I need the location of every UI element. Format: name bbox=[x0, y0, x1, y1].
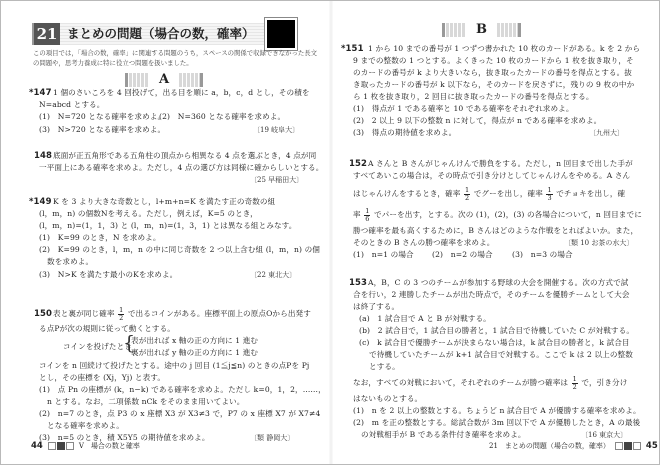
problem-number: *147 bbox=[29, 88, 52, 98]
section-pattern-icon bbox=[125, 73, 149, 87]
section-letter: B bbox=[476, 22, 487, 37]
rule-2: 裏が出れば y 軸の正の方向に 1 進む bbox=[131, 347, 258, 358]
problem-text: 率 16 でパーを出す，とする。次の (1)，(2)，(3) の各場合について，… bbox=[353, 206, 642, 223]
section-pattern-icon bbox=[497, 23, 521, 37]
subquestion-3: (3) N>720 となる確率を求めよ。 bbox=[39, 124, 165, 135]
chapter-title: まとめの問題（場合の数，確率） bbox=[67, 25, 255, 43]
text-fragment: はじゃんけんをするとき，確率 bbox=[353, 189, 460, 198]
problem-text: 勝つ確率を最も高くするために，B さんはどのような作戦をとればよいか。また， bbox=[353, 225, 638, 236]
problem-text: なお，すべての対戦において，それぞれのチームが勝つ確率は 12 で，引き分け bbox=[353, 374, 627, 391]
problem-text: K を 3 より大きな奇数とし，l+m+n=K を満たす正の奇数の組 bbox=[53, 196, 275, 207]
subquestion-2-cont: 数を求めよ。 bbox=[47, 256, 93, 267]
page-mark-icon bbox=[48, 442, 74, 450]
problem-text: 一平面上にある確率を求めよ。ただし，4 点の選び方は同様に確からしいとする。 bbox=[39, 162, 323, 173]
problem-text: はないものとする。 bbox=[353, 393, 422, 404]
subquestion-1: (1) K=99 のとき，N を求めよ。 bbox=[39, 232, 161, 243]
rule-c: (c) k 試合目で優勝チームが決まらない場合は，k 試合目の勝者と，k 試合目 bbox=[359, 337, 630, 348]
fraction-denominator: 2 bbox=[464, 195, 470, 202]
fraction: 13 bbox=[546, 187, 552, 202]
left-footer: 44 V 場合の数と確率 bbox=[31, 441, 140, 451]
text-fragment: でチョキを出し，確 bbox=[556, 189, 625, 198]
subquestion-1: (1) 点 Pn の座標が (k，n−k) である確率を求めよ。ただし k=0，… bbox=[39, 384, 326, 395]
subquestion-1: (1) n を 2 以上の整数とする。ちょうど n 試合目で A が優勝する確率… bbox=[353, 405, 641, 416]
problem-text: A，B，C の 3 つのチームが参加する野球の大会を開催する。次の方式で試 bbox=[368, 277, 628, 288]
problem-source: 〔22 東北大〕 bbox=[250, 270, 296, 280]
subquestion-2: (2) n=2 の場合 bbox=[432, 249, 493, 260]
text-fragment: で，引き分け bbox=[581, 378, 627, 387]
subquestion-1: (1) 得点が 1 である確率と 10 である確率をそれぞれ求めよ。 bbox=[353, 103, 574, 114]
subquestion-2: (2) n=7 のとき，点 P3 の x 座標 X3 が X3≠3 で，P7 の… bbox=[39, 408, 320, 419]
problem-source: 〔25 早稲田大〕 bbox=[250, 175, 303, 185]
problem-source: 〔類 10 お茶の水大〕 bbox=[564, 238, 633, 248]
problem-number: *149 bbox=[29, 197, 52, 207]
section-letter: A bbox=[159, 72, 169, 87]
rule-c-cont: で待機していたチームが k+1 試合目で対戦する。ここで k は 2 以上の整数 bbox=[369, 349, 633, 360]
problem-text: ら 1 枚を抜き取り，2 回目に抜き取ったカードの番号を得点とする。 bbox=[353, 91, 594, 102]
text-fragment: でグーを出し，確率 bbox=[474, 189, 543, 198]
subquestion-2-cont: の対戦相手が B である条件付き確率を求めよ。 bbox=[361, 429, 526, 440]
intro-line-2: の問題や，思考力養成に特に役立つ問題を扱いました。 bbox=[33, 58, 193, 68]
problem-number: 148 bbox=[34, 151, 52, 161]
subquestion-1-cont: n とする。なお，二項係数 nCk をそのまま用いてよい。 bbox=[47, 396, 244, 407]
rule-label: コインを投げたとき bbox=[63, 341, 132, 352]
problem-number: 150 bbox=[34, 309, 52, 319]
fraction: 12 bbox=[464, 187, 470, 202]
problem-text: N=abcd とする。 bbox=[39, 99, 104, 110]
problem-source: 〔九州大〕 bbox=[589, 128, 624, 138]
subquestion-2: (2) 2 以上 9 以下の整数 n に対して，得点が n である確率を求めよ。 bbox=[353, 115, 601, 126]
problem-text: 9 までの整数の 1 つとする。よくきった 10 枚のカードから 1 枚を抜き取… bbox=[353, 55, 634, 66]
subquestion-2: (2) K=99 のとき，l，m，n の中に同じ奇数を 2 つ以上含む組 (l，… bbox=[39, 244, 320, 255]
rule-b: (b) 2 試合目で，1 試合目の勝者と，1 試合目で待機していた C が対戦す… bbox=[359, 325, 634, 336]
text-fragment: 率 bbox=[353, 210, 361, 219]
section-heading-a: A bbox=[125, 72, 203, 87]
problem-text: 底面が正五角形である五角柱の頂点から相異なる 4 点を選ぶとき，4 点が同 bbox=[53, 150, 316, 161]
problem-source: 〔16 東京大〕 bbox=[581, 430, 627, 440]
problem-text: る点Pが次の規則に従って動くとする。 bbox=[39, 323, 175, 334]
fraction: 16 bbox=[364, 208, 370, 223]
problem-text: コインを n 回続けて投げたとする。途中の j 回目 (1≦j≦n) のときの点… bbox=[39, 360, 309, 371]
section-pattern-icon bbox=[179, 73, 203, 87]
problem-text: 1 から 10 までの番号が 1 つずつ書かれた 10 枚のカードがある。k を… bbox=[368, 43, 640, 54]
text-fragment: なお，すべての対戦において，それぞれのチームが勝つ確率は bbox=[353, 378, 568, 387]
subquestion-3: (3) n=3 の場合 bbox=[512, 249, 573, 260]
fraction-denominator: 2 bbox=[118, 315, 124, 322]
subquestion-1: (1) N=720 となる確率を求めよ。 bbox=[39, 111, 165, 122]
left-page: 21 まとめの問題（場合の数，確率） この項目では，「場合の数，確率」に関連する… bbox=[1, 1, 331, 464]
fraction-denominator: 2 bbox=[572, 384, 578, 391]
running-head: V 場合の数と確率 bbox=[79, 441, 140, 451]
text-fragment: でパーを出す，とする。次の (1)，(2)，(3) の各場合について，n 回目ま… bbox=[374, 210, 642, 219]
problem-text: 1 個のさいころを 4 回投げて，出る目を順に a，b，c，d とし，その積を bbox=[53, 87, 310, 98]
rule-a: (a) 1 試合目で A と B が対戦する。 bbox=[359, 313, 491, 324]
subquestion-2: (2) N=360 となる確率を求めよ。 bbox=[159, 111, 285, 122]
problem-text: 合を行い，2 連勝したチームが出た時点で，そのチームを優勝チームとして大会 bbox=[353, 289, 630, 300]
problem-text: とし，その座標を (Xj，Yj) と表す。 bbox=[39, 372, 165, 383]
problem-text: のカードの番号が k より大きいなら，抜き取ったカードの番号を得点とする。抜 bbox=[353, 67, 632, 78]
problem-text: A さんと B さんがじゃんけんで勝負をする。ただし，n 回目まで出した手が bbox=[368, 158, 633, 169]
problem-text: は終了する。 bbox=[353, 301, 399, 312]
text-fragment: 表と裏が同じ確率 bbox=[53, 309, 115, 318]
fraction-denominator: 6 bbox=[364, 216, 370, 223]
chapter-black-box bbox=[265, 18, 297, 50]
problem-number: 152 bbox=[349, 159, 367, 169]
running-head: 21 まとめの問題（場合の数，確率） bbox=[489, 441, 610, 451]
problem-text: (l，m，n) の個数Nを考える。ただし，例えば，K=5 のとき， bbox=[39, 208, 258, 219]
right-footer: 21 まとめの問題（場合の数，確率） 45 bbox=[489, 441, 658, 451]
problem-text: 表と裏が同じ確率 12 で出るコインがある。座標平面上の原点Oから出発す bbox=[53, 305, 311, 322]
problem-text: すべてあいこの場合は，その時点で引き分けとしてじゃんけんをやめる。A さん bbox=[353, 170, 630, 181]
problem-source: 〔19 岐阜大〕 bbox=[253, 125, 299, 135]
subquestion-2: (2) m を正の整数とする。総試合数が 3m 回以下で A が優勝したとき，A… bbox=[353, 417, 640, 428]
chapter-number: 21 bbox=[34, 23, 60, 45]
problem-text: (l，m，n)=(1，1，3) と (l，m，n)=(1，3，1) とは異なる組… bbox=[39, 220, 296, 231]
page-number: 45 bbox=[646, 441, 658, 451]
section-pattern-icon bbox=[442, 23, 466, 37]
fraction: 12 bbox=[118, 307, 124, 322]
intro-line-1: この項目では，「場合の数，確率」に関連する問題のうち，スペースの関係で収録できな… bbox=[33, 48, 317, 58]
rule-1: 表が出れば x 軸の正の方向に 1 進む bbox=[131, 335, 258, 346]
text-fragment: で出るコインがある。座標平面上の原点Oから出発す bbox=[128, 309, 311, 318]
page-number: 44 bbox=[31, 441, 43, 451]
problem-number: *151 bbox=[341, 44, 364, 54]
subquestion-3: (3) 得点の期待値を求めよ。 bbox=[353, 127, 456, 138]
chapter-header: 21 まとめの問題（場合の数，確率） bbox=[34, 23, 285, 45]
subquestion-1: (1) n=1 の場合 bbox=[353, 249, 414, 260]
rule-c-cont: とする。 bbox=[369, 361, 400, 372]
page-mark-icon bbox=[615, 442, 641, 450]
problem-number: 153 bbox=[349, 278, 367, 288]
fraction-denominator: 3 bbox=[546, 195, 552, 202]
subquestion-2-cont: となる確率を求めよ。 bbox=[47, 420, 124, 431]
problem-text: き取ったカードの番号が k 以下なら，そのカードを戻さずに，残りの 9 枚の中か bbox=[353, 79, 634, 90]
right-page: B *151 1 から 10 までの番号が 1 つずつ書かれた 10 枚のカード… bbox=[331, 1, 659, 464]
problem-source: 〔類 静岡大〕 bbox=[250, 433, 294, 443]
problem-text: そのときの B さんの勝つ確率を求めよ。 bbox=[353, 237, 495, 248]
subquestion-3: (3) N>K を満たす最小のKを求めよ。 bbox=[39, 269, 177, 280]
book-spread: 21 まとめの問題（場合の数，確率） この項目では，「場合の数，確率」に関連する… bbox=[0, 0, 660, 465]
problem-text: はじゃんけんをするとき，確率 12 でグーを出し，確率 13 でチョキを出し，確 bbox=[353, 185, 625, 202]
section-heading-b: B bbox=[442, 22, 521, 37]
fraction: 12 bbox=[572, 376, 578, 391]
